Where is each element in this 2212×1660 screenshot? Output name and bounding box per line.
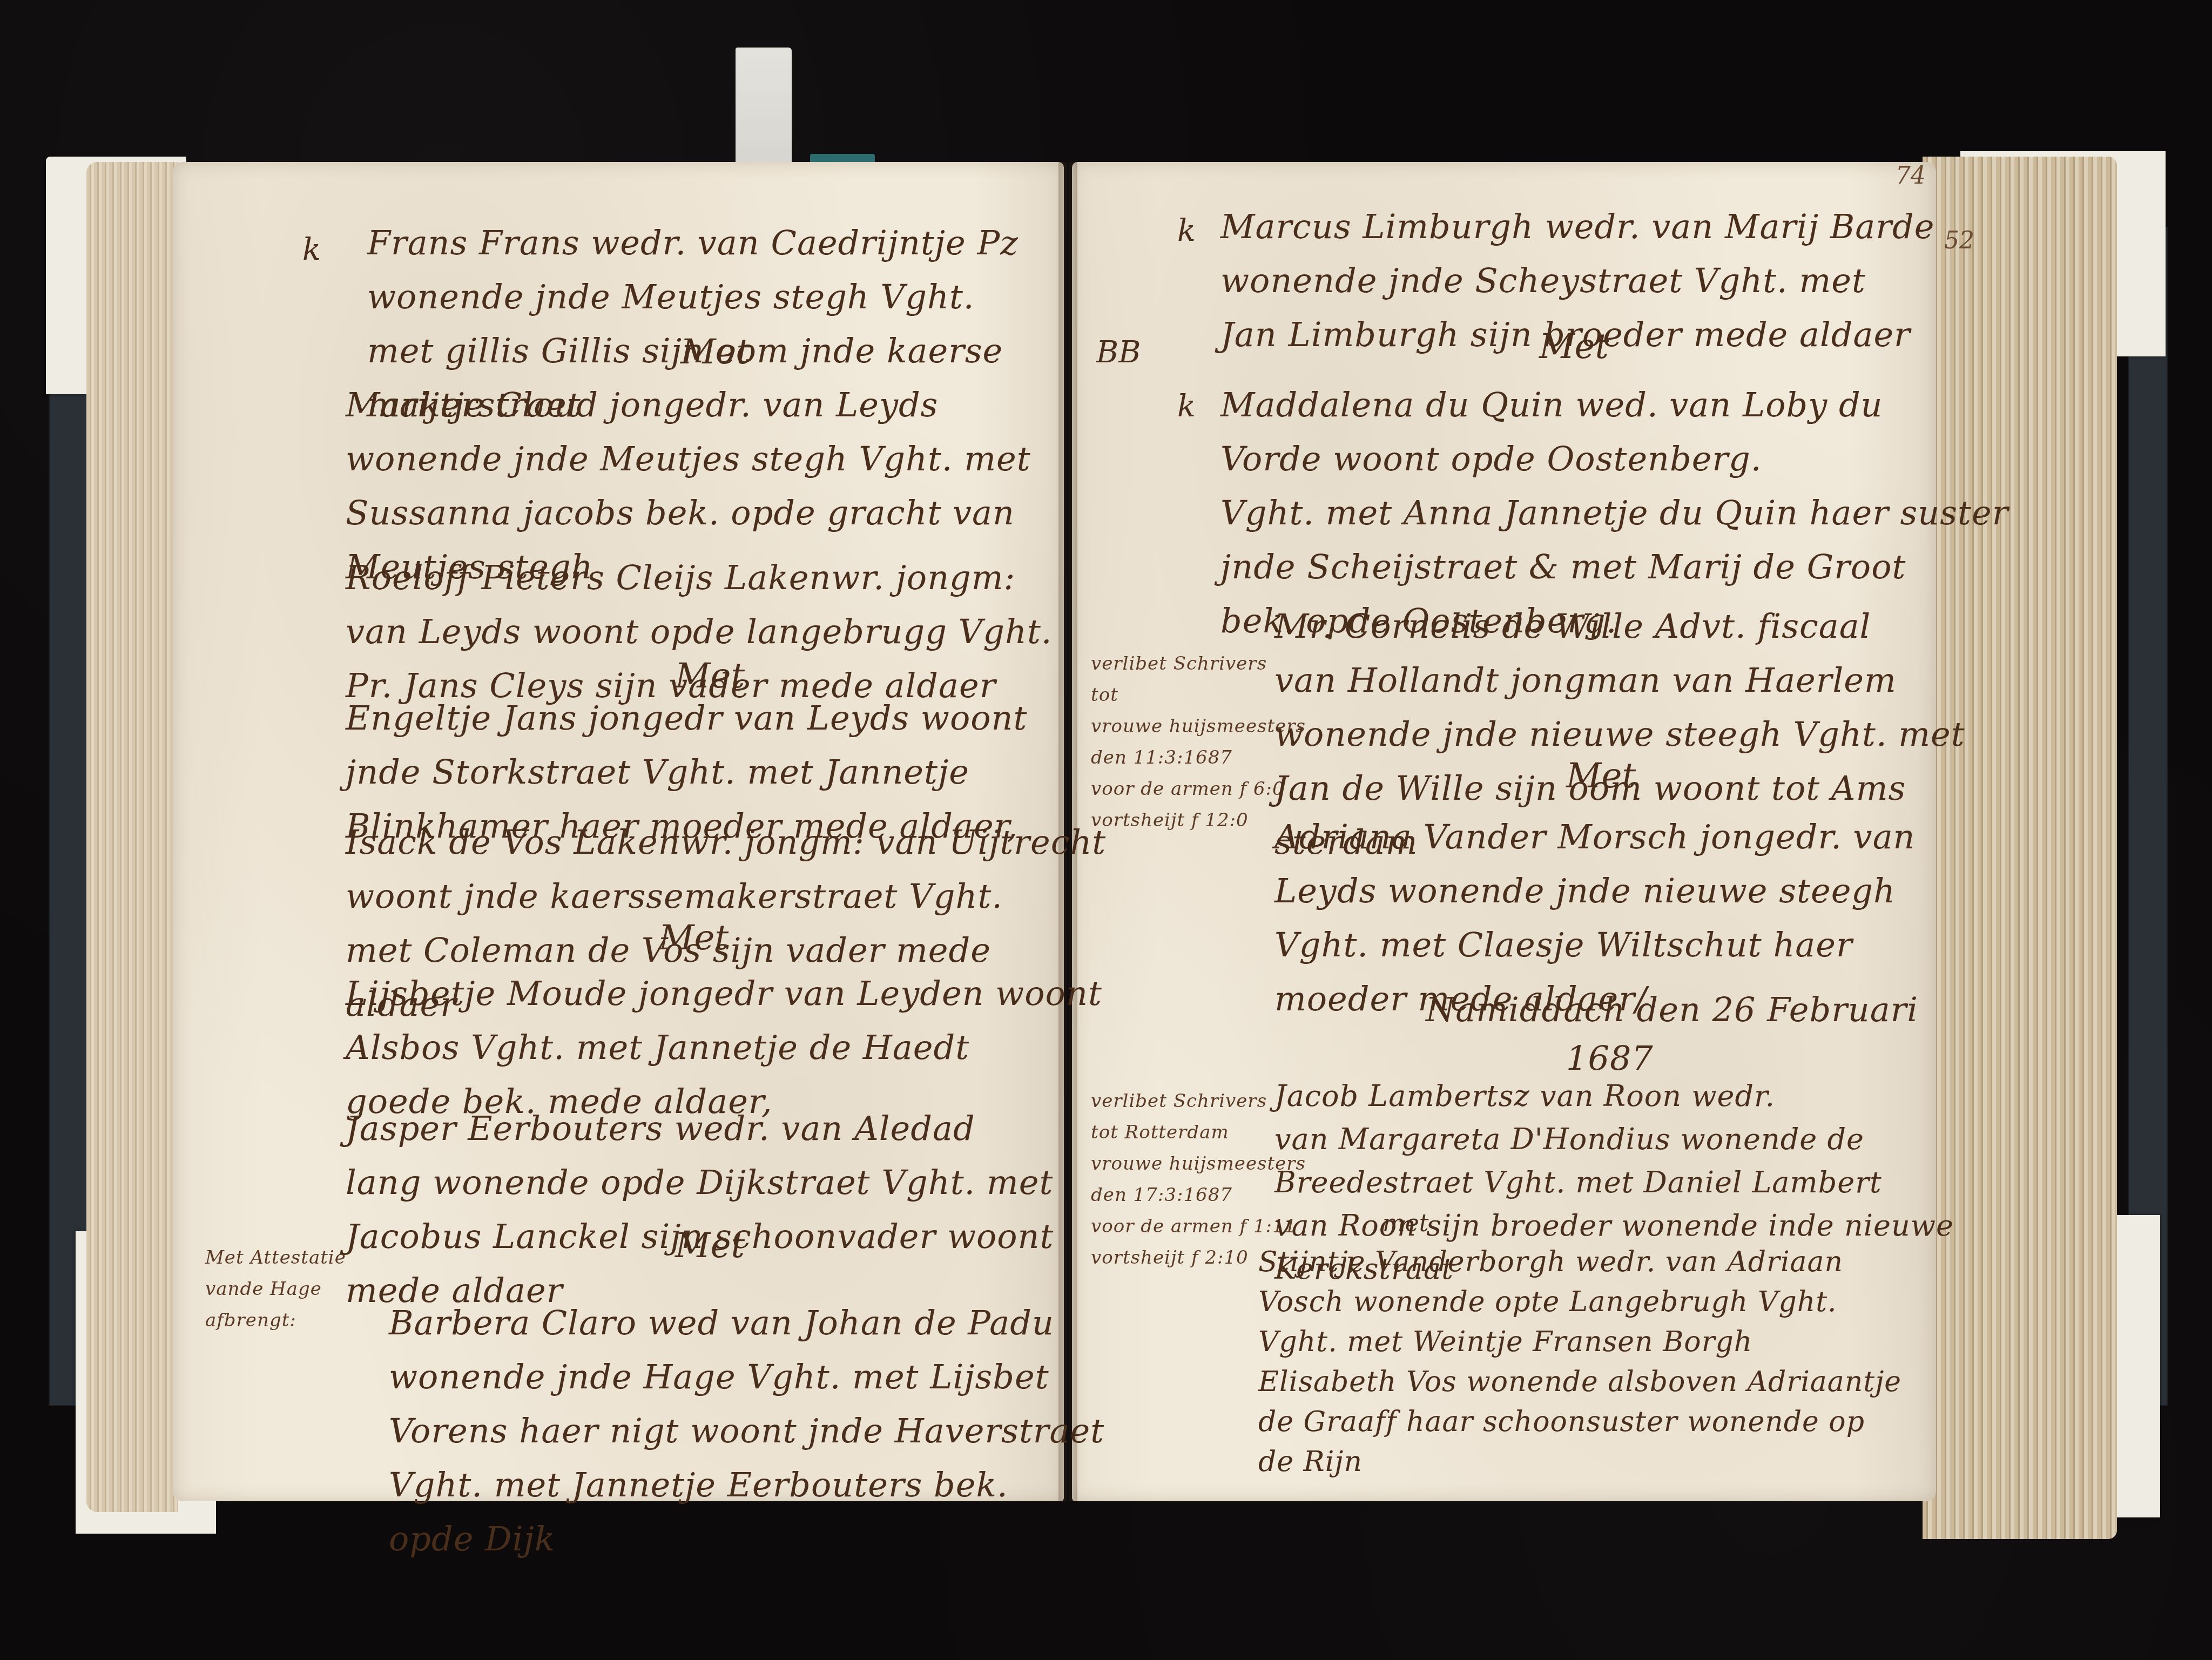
entry-line: wonende jnde Hage Vght. met Lijsbet [389, 1350, 1104, 1404]
margin-note-line: vrouwe huijsmeesters [1091, 711, 1306, 742]
entry-line: wonende jnde Meutjes stegh Vght. met [346, 432, 1031, 486]
entry-line: wonende jnde nieuwe steegh Vght. met [1274, 707, 1965, 761]
met-connector: Met [675, 1226, 745, 1266]
entry-mark: k [302, 232, 321, 267]
entry-line: van Roon sijn broeder wonende inde nieuw… [1274, 1204, 1954, 1247]
met-connector: Met [1539, 327, 1609, 367]
entry-line: opde Dijk [389, 1512, 1104, 1566]
entry-line: Stijntje Vanderborgh wedr. van Adriaan [1258, 1242, 1901, 1282]
entry-line: Marijtje Cloud jongedr. van Leyds [346, 378, 1031, 432]
side-mark: BB [1096, 335, 1141, 370]
entry-line: de Graaff haar schoonsuster wonende op [1258, 1402, 1901, 1442]
met-connector: Met [675, 656, 745, 696]
entry-line: Roeloff Pieters Cleijs Lakenwr. jongm: [346, 551, 1053, 605]
entry-line: Elisabeth Vos wonende alsboven Adriaantj… [1258, 1362, 1901, 1402]
entry-line: Isack de Vos Lakenwr. jongm: van Uijtrec… [346, 815, 1106, 869]
margin-note-line: tot Rotterdam [1091, 1117, 1306, 1148]
marriage-entry: Jasper Eerbouters wedr. van Aledad lang … [346, 1102, 1054, 1318]
entry-line: wonende jnde Scheystraet Vght. met [1220, 254, 1934, 308]
entry-line: Vght. met Claesje Wiltschut haer [1274, 918, 1916, 972]
bookmark-strip [736, 48, 792, 164]
entry-line: Leyds wonende jnde nieuwe steegh [1274, 864, 1916, 918]
entry-line: Breedestraet Vght. met Daniel Lambert [1274, 1161, 1954, 1204]
margin-note-line: vande Hage [205, 1273, 346, 1305]
margin-note-line: tot [1091, 679, 1306, 711]
entry-line: van Margareta D'Hondius wonende de [1274, 1118, 1954, 1161]
margin-note-line: den 11:3:1687 [1091, 742, 1306, 773]
met-connector: met [1382, 1210, 1428, 1237]
entry-line: de Rijn [1258, 1442, 1901, 1482]
page-block-edge-left [86, 162, 178, 1512]
edge-number: 52 [1944, 227, 1974, 254]
entry-line: woont jnde kaerssemakerstraet Vght. [346, 869, 1106, 923]
entry-line: Sussanna jacobs bek. opde gracht van [346, 486, 1031, 540]
met-connector: Met [659, 918, 729, 958]
entry-line: Barbera Claro wed van Johan de Padu [389, 1296, 1104, 1350]
entry-line: van Leyds woont opde langebrugg Vght. [346, 605, 1053, 659]
margin-note-line: voor de armen f 1:11 [1091, 1211, 1306, 1242]
entry-line: Vosch wonende opte Langebrugh Vght. [1258, 1282, 1901, 1322]
marriage-entry: Barbera Claro wed van Johan de Padu wone… [389, 1296, 1104, 1566]
margin-note-line: vortsheijt f 12:0 [1091, 805, 1306, 836]
entry-line: Engeltje Jans jongedr van Leyds woont [346, 691, 1027, 745]
margin-note: verlibet Schrivers tot vrouwe huijsmeest… [1091, 648, 1306, 836]
entry-line: Vght. met Jannetje Eerbouters bek. [389, 1458, 1104, 1512]
entry-line: Vght. met Weintje Fransen Borgh [1258, 1322, 1901, 1362]
margin-note-line: afbrengt: [205, 1305, 346, 1336]
margin-note-line: verlibet Schrivers [1091, 1085, 1306, 1117]
margin-note-line: verlibet Schrivers [1091, 648, 1306, 679]
entry-mark: k [1177, 213, 1196, 248]
folio-number: 74 [1896, 162, 1926, 190]
margin-note-line: Met Attestatie [205, 1242, 346, 1273]
entry-line: Frans Frans wedr. van Caedrijntje Pz [367, 216, 1019, 270]
margin-note: Met Attestatie vande Hage afbrengt: [205, 1242, 346, 1336]
entry-line: jnde Scheijstraet & met Marij de Groot [1220, 540, 2008, 594]
entry-line: Vorens haer nigt woont jnde Haverstraet [389, 1404, 1104, 1458]
entry-line: Adriana Vander Morsch jongedr. van [1274, 810, 1916, 864]
margin-note-line: voor de armen f 6:0 [1091, 773, 1306, 805]
entry-line: Marcus Limburgh wedr. van Marij Barde [1220, 200, 1934, 254]
entry-line: lang wonende opde Dijkstraet Vght. met [346, 1156, 1054, 1210]
entry-line: van Hollandt jongman van Haerlem [1274, 653, 1965, 707]
marriage-entry: Stijntje Vanderborgh wedr. van Adriaan V… [1258, 1242, 1901, 1482]
entry-line: Jasper Eerbouters wedr. van Aledad [346, 1102, 1054, 1156]
entry-line: wonende jnde Meutjes stegh Vght. [367, 270, 1019, 324]
margin-note-line: vrouwe huijsmeesters [1091, 1148, 1306, 1179]
date-heading: Namiddach den 26 Februari [1426, 983, 1918, 1037]
entry-line: Maddalena du Quin wed. van Loby du [1220, 378, 2008, 432]
entry-line: jnde Storkstraet Vght. met Jannetje [346, 745, 1027, 799]
entry-line: Alsbos Vght. met Jannetje de Haedt [346, 1021, 1102, 1075]
margin-note-line: den 17:3:1687 [1091, 1179, 1306, 1211]
entry-line: Mr. Cornelis de Wille Advt. fiscaal [1274, 599, 1965, 653]
entry-line: Vght. met Anna Jannetje du Quin haer sus… [1220, 486, 2008, 540]
entry-line: Jacob Lambertsz van Roon wedr. [1274, 1075, 1954, 1118]
met-connector: Met [680, 332, 750, 372]
entry-line: Vorde woont opde Oostenberg. [1220, 432, 2008, 486]
met-connector: Met [1566, 756, 1636, 796]
entry-mark: k [1177, 389, 1196, 424]
entry-line: Lijsbetje Moude jongedr van Leyden woont [346, 967, 1102, 1021]
